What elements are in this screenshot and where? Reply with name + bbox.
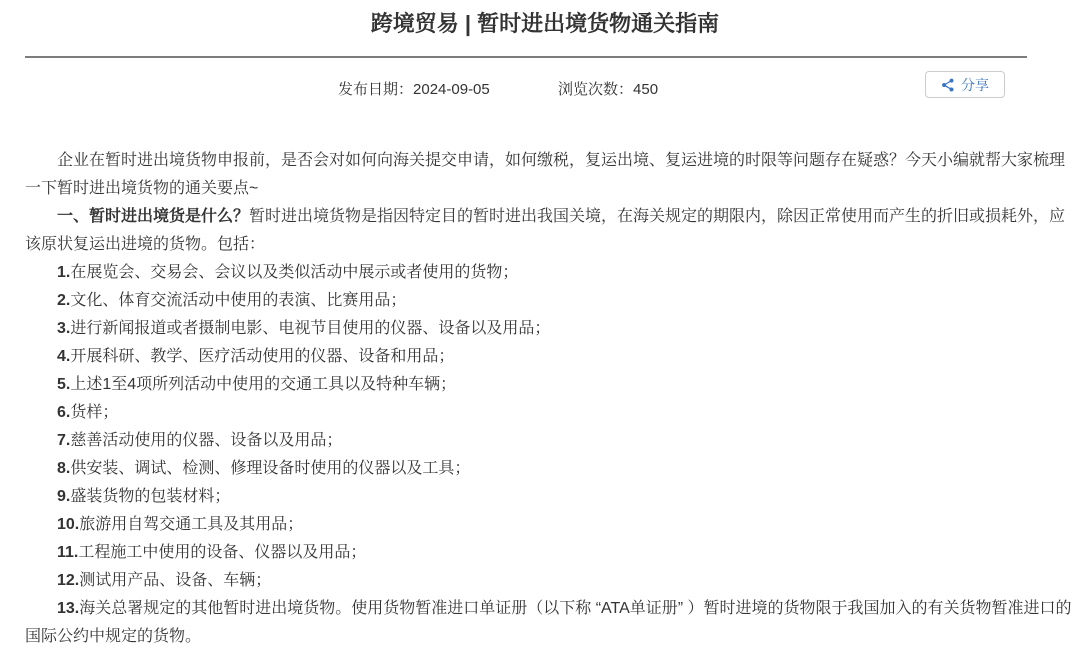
list-item-4: 4.开展科研、教学、医疗活动使用的仪器、设备和用品； xyxy=(25,343,1075,371)
publish-date-value: 2024-09-05 xyxy=(413,81,490,98)
list-item-number: 4. xyxy=(57,348,70,365)
list-item-5: 5.上述1至4项所列活动中使用的交通工具以及特种车辆； xyxy=(25,371,1075,399)
list-item-number: 11. xyxy=(57,544,78,561)
share-button[interactable]: 分享 xyxy=(925,71,1005,98)
list-item-text: 上述1至4项所列活动中使用的交通工具以及特种车辆； xyxy=(70,376,456,393)
intro-paragraph: 企业在暂时进出境货物申报前，是否会对如何向海关提交申请，如何缴税，复运出境、复运… xyxy=(25,147,1075,203)
list-item-text: 供安装、调试、检测、修理设备时使用的仪器以及工具； xyxy=(70,460,470,477)
article-header: 跨境贸易 | 暂时进出境货物通关指南 发布日期：2024-09-05 浏览次数：… xyxy=(0,0,1090,142)
list-item-number: 5. xyxy=(57,376,70,393)
list-item-number: 10. xyxy=(57,516,79,533)
list-item-text: 旅游用自驾交通工具及其用品； xyxy=(79,516,303,533)
list-item-number: 12. xyxy=(57,572,79,589)
view-count-label: 浏览次数： xyxy=(558,81,633,98)
list-item-1: 1.在展览会、交易会、会议以及类似活动中展示或者使用的货物； xyxy=(25,259,1075,287)
list-item-number: 8. xyxy=(57,460,70,477)
section-paragraph: 一、暂时进出境货是什么？暂时进出境货物是指因特定目的暂时进出我国关境，在海关规定… xyxy=(25,203,1075,259)
meta-row: 发布日期：2024-09-05 浏览次数：450 分享 xyxy=(0,58,1090,142)
list-item-number: 6. xyxy=(57,404,70,421)
list-item-6: 6.货样； xyxy=(25,399,1075,427)
view-count: 浏览次数：450 xyxy=(558,78,658,99)
list-item-number: 1. xyxy=(57,264,70,281)
list-item-text: 盛装货物的包装材料； xyxy=(70,488,230,505)
list-item-text: 海关总署规定的其他暂时进出境货物。使用货物暂准进口单证册（以下称 “ATA单证册… xyxy=(25,600,1072,645)
list-item-text: 进行新闻报道或者摄制电影、电视节目使用的仪器、设备以及用品； xyxy=(70,320,550,337)
list-item-8: 8.供安装、调试、检测、修理设备时使用的仪器以及工具； xyxy=(25,455,1075,483)
list-item-text: 工程施工中使用的设备、仪器以及用品； xyxy=(78,544,366,561)
list-item-12: 12.测试用产品、设备、车辆； xyxy=(25,567,1075,595)
publish-date: 发布日期：2024-09-05 xyxy=(338,78,490,99)
list-item-3: 3.进行新闻报道或者摄制电影、电视节目使用的仪器、设备以及用品； xyxy=(25,315,1075,343)
list-item-10: 10.旅游用自驾交通工具及其用品； xyxy=(25,511,1075,539)
list-item-number: 2. xyxy=(57,292,70,309)
share-button-label: 分享 xyxy=(961,75,989,95)
list-item-number: 7. xyxy=(57,432,70,449)
view-count-value: 450 xyxy=(633,81,658,98)
list-item-text: 慈善活动使用的仪器、设备以及用品； xyxy=(70,432,342,449)
article-body: 企业在暂时进出境货物申报前，是否会对如何向海关提交申请，如何缴税，复运出境、复运… xyxy=(25,142,1075,651)
share-nodes-icon xyxy=(941,78,955,92)
paragraph-text: 企业在暂时进出境货物申报前，是否会对如何向海关提交申请，如何缴税，复运出境、复运… xyxy=(25,152,1065,197)
publish-date-label: 发布日期： xyxy=(338,81,413,98)
list-item-text: 文化、体育交流活动中使用的表演、比赛用品； xyxy=(70,292,406,309)
list-item-text: 在展览会、交易会、会议以及类似活动中展示或者使用的货物； xyxy=(70,264,518,281)
list-item-2: 2.文化、体育交流活动中使用的表演、比赛用品； xyxy=(25,287,1075,315)
list-item-text: 开展科研、教学、医疗活动使用的仪器、设备和用品； xyxy=(70,348,454,365)
list-item-number: 9. xyxy=(57,488,70,505)
list-item-number: 3. xyxy=(57,320,70,337)
list-item-11: 11.工程施工中使用的设备、仪器以及用品； xyxy=(25,539,1075,567)
list-item-13: 13.海关总署规定的其他暂时进出境货物。使用货物暂准进口单证册（以下称 “ATA… xyxy=(25,595,1075,651)
list-item-text: 测试用产品、设备、车辆； xyxy=(79,572,271,589)
list-item-number: 13. xyxy=(57,600,79,617)
section-heading: 一、暂时进出境货是什么？ xyxy=(57,208,249,225)
list-item-7: 7.慈善活动使用的仪器、设备以及用品； xyxy=(25,427,1075,455)
list-item-9: 9.盛装货物的包装材料； xyxy=(25,483,1075,511)
list-item-text: 货样； xyxy=(70,404,118,421)
page-title: 跨境贸易 | 暂时进出境货物通关指南 xyxy=(0,0,1090,39)
